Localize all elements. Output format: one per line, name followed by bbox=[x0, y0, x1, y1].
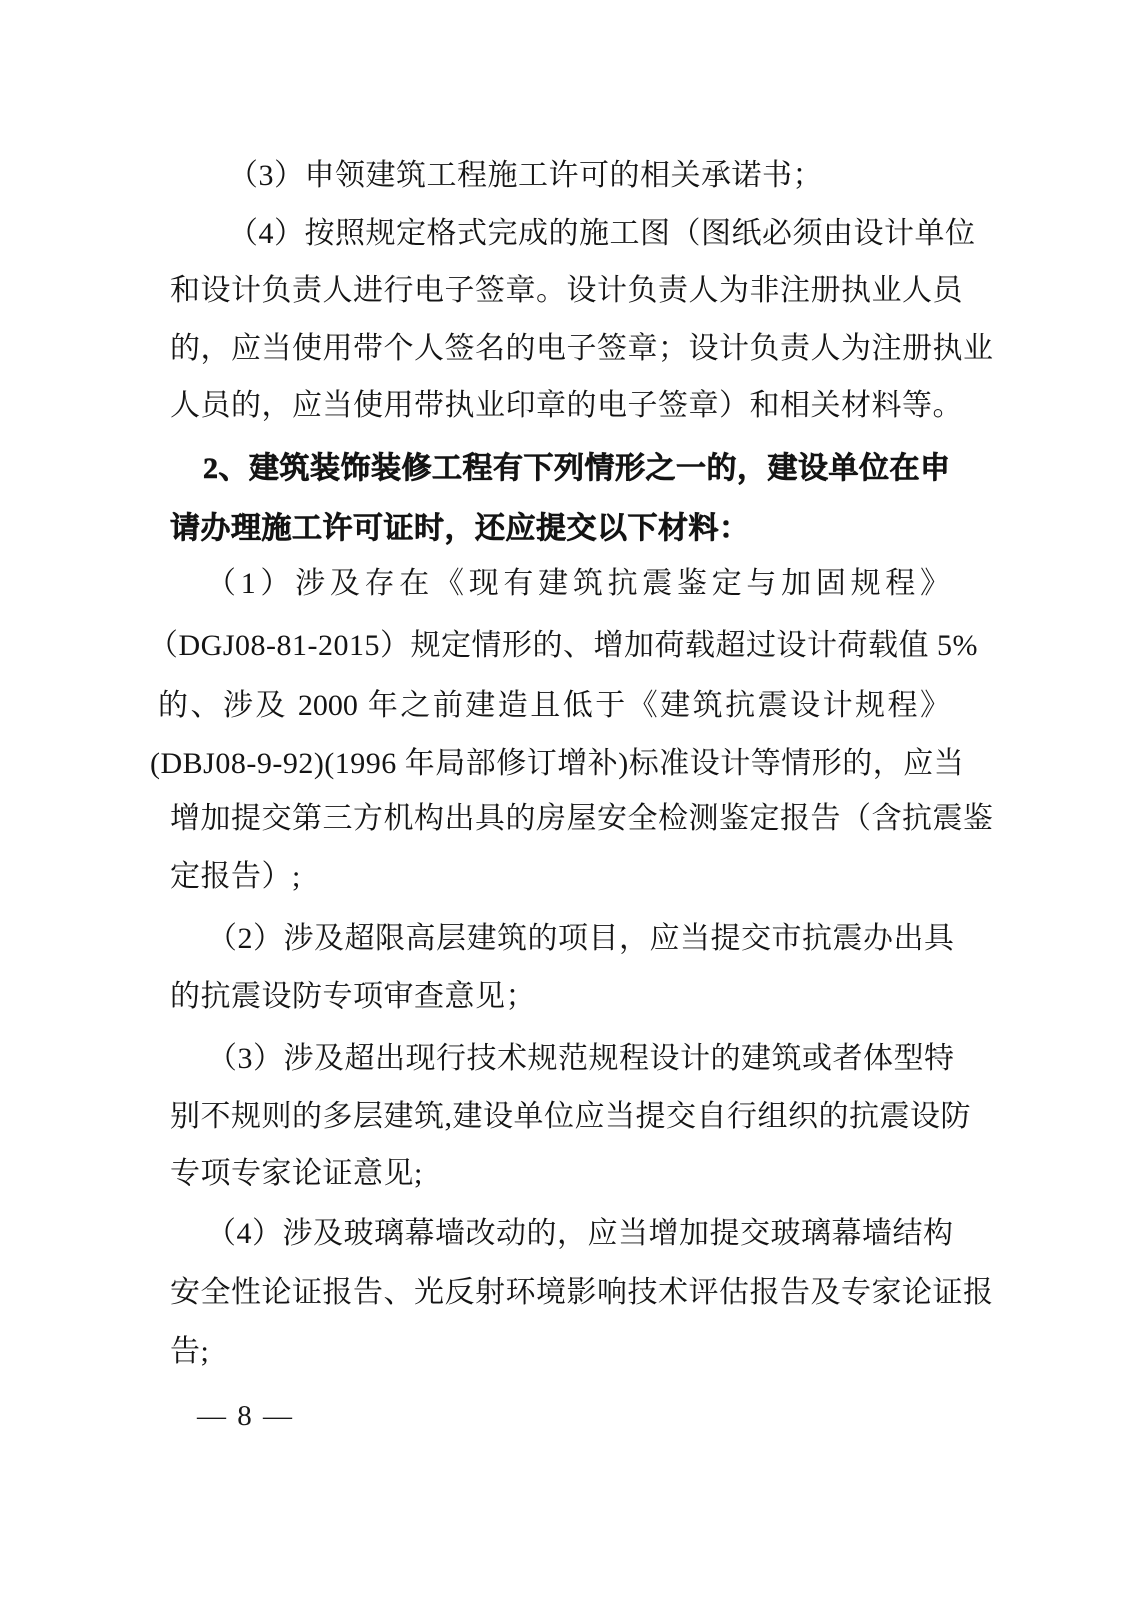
document-line: （1）涉及存在《现有建筑抗震鉴定与加固规程》 bbox=[206, 566, 950, 602]
document-line: 和设计负责人进行电子签章。设计负责人为非注册执业人员 bbox=[170, 273, 963, 309]
document-line: 的、涉及 2000 年之前建造且低于《建筑抗震设计规程》 bbox=[158, 688, 950, 724]
document-line: 别不规则的多层建筑,建设单位应当提交自行组织的抗震设防 bbox=[170, 1099, 971, 1135]
document-line: 安全性论证报告、光反射环境影响技术评估报告及专家论证报 bbox=[170, 1275, 994, 1311]
document-line: （2）涉及超限高层建筑的项目，应当提交市抗震办出具 bbox=[207, 921, 955, 957]
document-line: （DGJ08-81-2015）规定情形的、增加荷载超过设计荷载值 5% bbox=[148, 628, 978, 664]
document-line: （4）涉及玻璃幕墙改动的，应当增加提交玻璃幕墙结构 bbox=[206, 1216, 954, 1252]
document-line: 人员的，应当使用带执业印章的电子签章）和相关材料等。 bbox=[170, 388, 963, 424]
document-line: (DBJ08-9-92)(1996 年局部修订增补)标准设计等情形的，应当 bbox=[150, 746, 964, 782]
document-line: （4）按照规定格式完成的施工图（图纸必须由设计单位 bbox=[228, 216, 976, 252]
document-line: 定报告）; bbox=[170, 859, 301, 895]
document-line: 告; bbox=[170, 1334, 209, 1370]
document-line: 请办理施工许可证时，还应提交以下材料： bbox=[170, 511, 750, 547]
page-number: — 8 — bbox=[197, 1400, 294, 1433]
document-line: 的，应当使用带个人签名的电子签章；设计负责人为注册执业 bbox=[170, 331, 994, 367]
document-page: （3）申领建筑工程施工许可的相关承诺书；（4）按照规定格式完成的施工图（图纸必须… bbox=[0, 0, 1131, 1600]
document-line: 2、建筑装饰装修工程有下列情形之一的，建设单位在申 bbox=[203, 451, 951, 487]
document-line: 增加提交第三方机构出具的房屋安全检测鉴定报告（含抗震鉴 bbox=[170, 801, 994, 837]
document-line: （3）申领建筑工程施工许可的相关承诺书； bbox=[228, 158, 823, 194]
document-line: 的抗震设防专项审查意见； bbox=[170, 979, 536, 1015]
document-line: 专项专家论证意见; bbox=[170, 1156, 423, 1192]
document-line: （3）涉及超出现行技术规范规程设计的建筑或者体型特 bbox=[207, 1041, 955, 1077]
